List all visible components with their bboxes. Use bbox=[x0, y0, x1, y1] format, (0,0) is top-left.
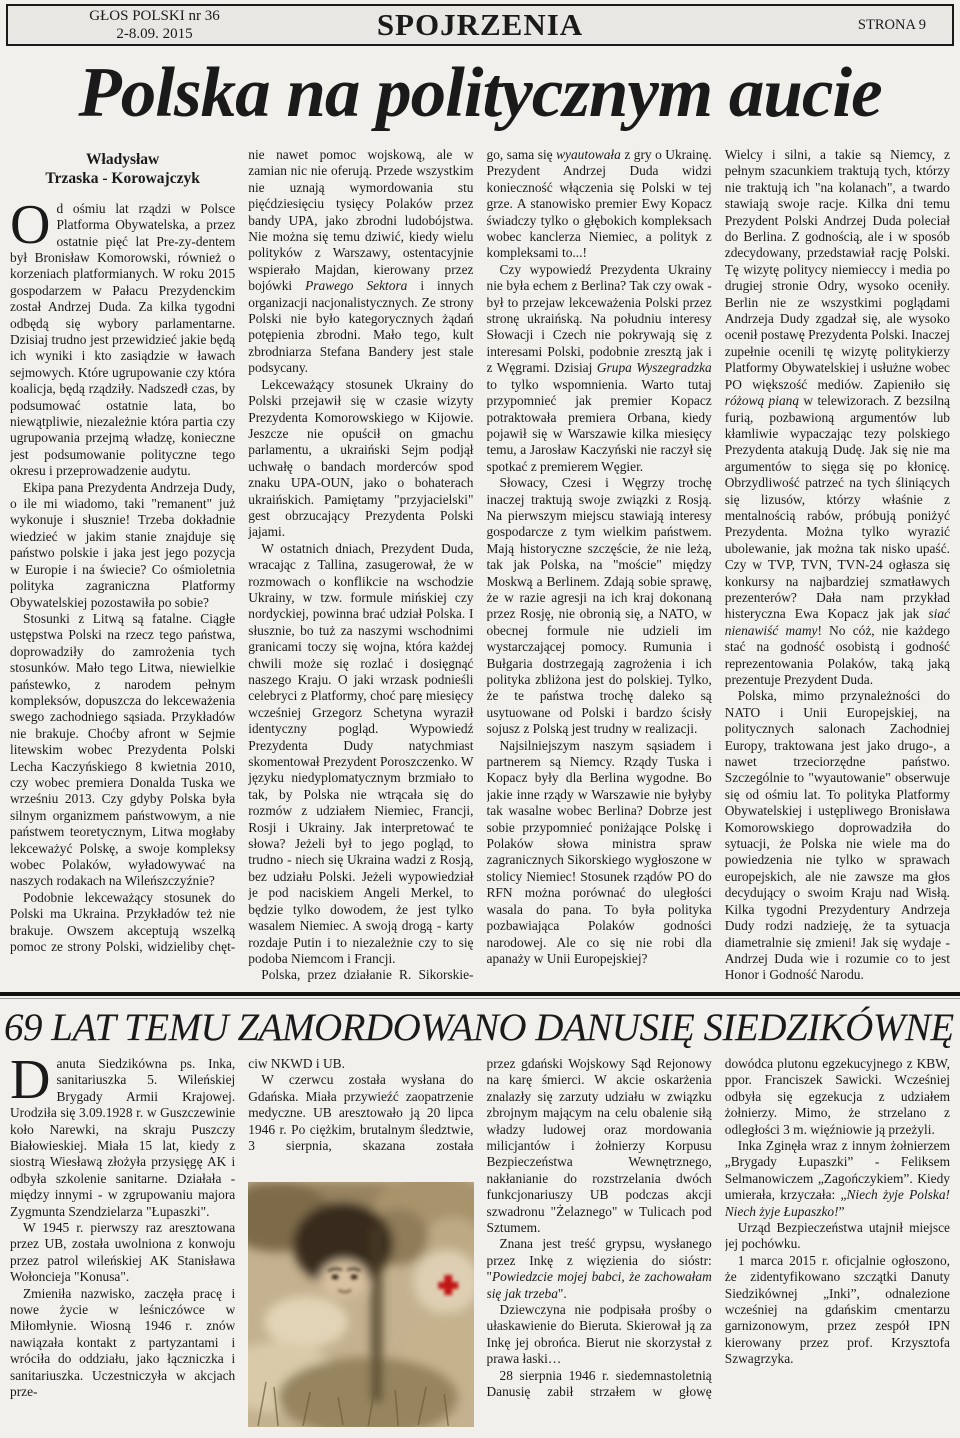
article1-column-3: go, sama się wyautowała z gry o Ukrainę.… bbox=[487, 147, 712, 982]
article2-column-4: dowódca plutonu egzekucyjnego z KBW, ppo… bbox=[725, 1056, 950, 1429]
newspaper-page: { "colors":{"page_bg":"#f1f0ed","ink":"#… bbox=[0, 0, 960, 1438]
byline-name-line1: Władysław bbox=[10, 150, 235, 169]
paragraph: Czy wypowiedź Prezydenta Ukrainy nie był… bbox=[487, 262, 712, 475]
second-headline: 69 LAT TEMU ZAMORDOWANO DANUSIĘ SIEDZIKÓ… bbox=[4, 1007, 956, 1050]
paragraph: go, sama się wyautowała z gry o Ukrainę.… bbox=[487, 147, 712, 262]
paragraph: dowódca plutonu egzekucyjnego z KBW, ppo… bbox=[725, 1056, 950, 1138]
paragraph: Zmieniła nazwisko, zaczęła pracę i nowe … bbox=[10, 1286, 235, 1401]
paragraph: Dziewczyna nie podpisała prośby o ułaska… bbox=[487, 1302, 712, 1368]
article-1: Władysław Trzaska - Korowajczyk Od ośmiu… bbox=[0, 147, 960, 982]
page-number: STRONA 9 bbox=[663, 17, 948, 34]
paragraph: Polska, przez działanie R. Sikorskie- bbox=[248, 967, 473, 982]
paragraph: Słowacy, Czesi i Węgrzy trochę inaczej t… bbox=[487, 475, 712, 738]
paragraph: W ostatnich dniach, Prezydent Duda, wrac… bbox=[248, 541, 473, 968]
paragraph: Stosunki z Litwą są fatalne. Ciągłe ustę… bbox=[10, 611, 235, 890]
article-2: Danuta Siedzikówna ps. Inka, sanitariusz… bbox=[0, 1056, 960, 1429]
paragraph: Znana jest treść grypsu, wysłanego przez… bbox=[487, 1236, 712, 1302]
paragraph: Wielcy i silni, a takie są Niemcy, z peł… bbox=[725, 147, 950, 688]
article2-column-1: Danuta Siedzikówna ps. Inka, sanitariusz… bbox=[10, 1056, 235, 1429]
article2-column-2: ciw NKWD i UB.W czerwcu została wysłana … bbox=[248, 1056, 473, 1429]
paragraph: W 1945 r. pierwszy raz aresztowana przez… bbox=[10, 1220, 235, 1286]
paragraph: W czerwcu została wysłana do Gdańska. Mi… bbox=[248, 1072, 473, 1154]
divider-rule-thin bbox=[0, 998, 960, 999]
article1-column-2: nie nawet pomoc wojskową, ale w zamian n… bbox=[248, 147, 473, 982]
paragraph: Polska, mimo przynależności do NATO i Un… bbox=[725, 688, 950, 982]
masthead-title: GŁOS POLSKI nr 36 bbox=[12, 7, 297, 25]
byline-name-line2: Trzaska - Korowajczyk bbox=[10, 169, 235, 188]
paragraph: Danuta Siedzikówna ps. Inka, sanitariusz… bbox=[10, 1056, 235, 1220]
paragraph: 1 marca 2015 r. oficjalnie ogłoszono, że… bbox=[725, 1253, 950, 1368]
column-text: Od ośmiu lat rządzi w Polsce Platforma O… bbox=[10, 201, 235, 956]
paragraph: Inka Zginęła wraz z innym żołnierzem „Br… bbox=[725, 1138, 950, 1220]
paragraph: ciw NKWD i UB. bbox=[248, 1056, 473, 1072]
article2-column-3: przez gdański Wojskowy Sąd Rejonowy na k… bbox=[487, 1056, 712, 1429]
paragraph: Lekceważący stosunek Ukrainy do Polski p… bbox=[248, 377, 473, 541]
article1-column-4: Wielcy i silni, a takie są Niemcy, z peł… bbox=[725, 147, 950, 982]
masthead-issue-block: GŁOS POLSKI nr 36 2-8.09. 2015 bbox=[12, 7, 297, 43]
paragraph: Najsilniejszym naszym sąsiadem i partner… bbox=[487, 738, 712, 968]
paragraph: Ekipa pana Prezydenta Andrzeja Dudy, o i… bbox=[10, 480, 235, 611]
drop-cap-letter: D bbox=[10, 1056, 56, 1103]
masthead-box: GŁOS POLSKI nr 36 2-8.09. 2015 SPOJRZENI… bbox=[6, 4, 954, 46]
paragraph: Urząd Bezpieczeństwa utajnił miejsce jej… bbox=[725, 1220, 950, 1253]
article1-column-1: Władysław Trzaska - Korowajczyk Od ośmiu… bbox=[10, 147, 235, 982]
inka-photo bbox=[248, 1182, 473, 1427]
paragraph: Podobnie lekceważący stosunek do Polski … bbox=[10, 890, 235, 956]
section-title: SPOJRZENIA bbox=[297, 7, 663, 43]
paragraph: 28 sierpnia 1946 r. siedemnastoletnią Da… bbox=[487, 1368, 712, 1401]
paragraph: przez gdański Wojskowy Sąd Rejonowy na k… bbox=[487, 1056, 712, 1236]
column-text: ciw NKWD i UB.W czerwcu została wysłana … bbox=[248, 1056, 473, 1154]
paragraph: Od ośmiu lat rządzi w Polsce Platforma O… bbox=[10, 201, 235, 480]
masthead-date: 2-8.09. 2015 bbox=[12, 25, 297, 43]
main-headline: Polska na politycznym aucie bbox=[4, 58, 956, 129]
divider-rule-thick bbox=[0, 992, 960, 996]
paragraph: nie nawet pomoc wojskową, ale w zamian n… bbox=[248, 147, 473, 377]
byline: Władysław Trzaska - Korowajczyk bbox=[10, 150, 235, 189]
inka-photo-graphic bbox=[248, 1182, 473, 1427]
drop-cap-letter: O bbox=[10, 201, 56, 248]
